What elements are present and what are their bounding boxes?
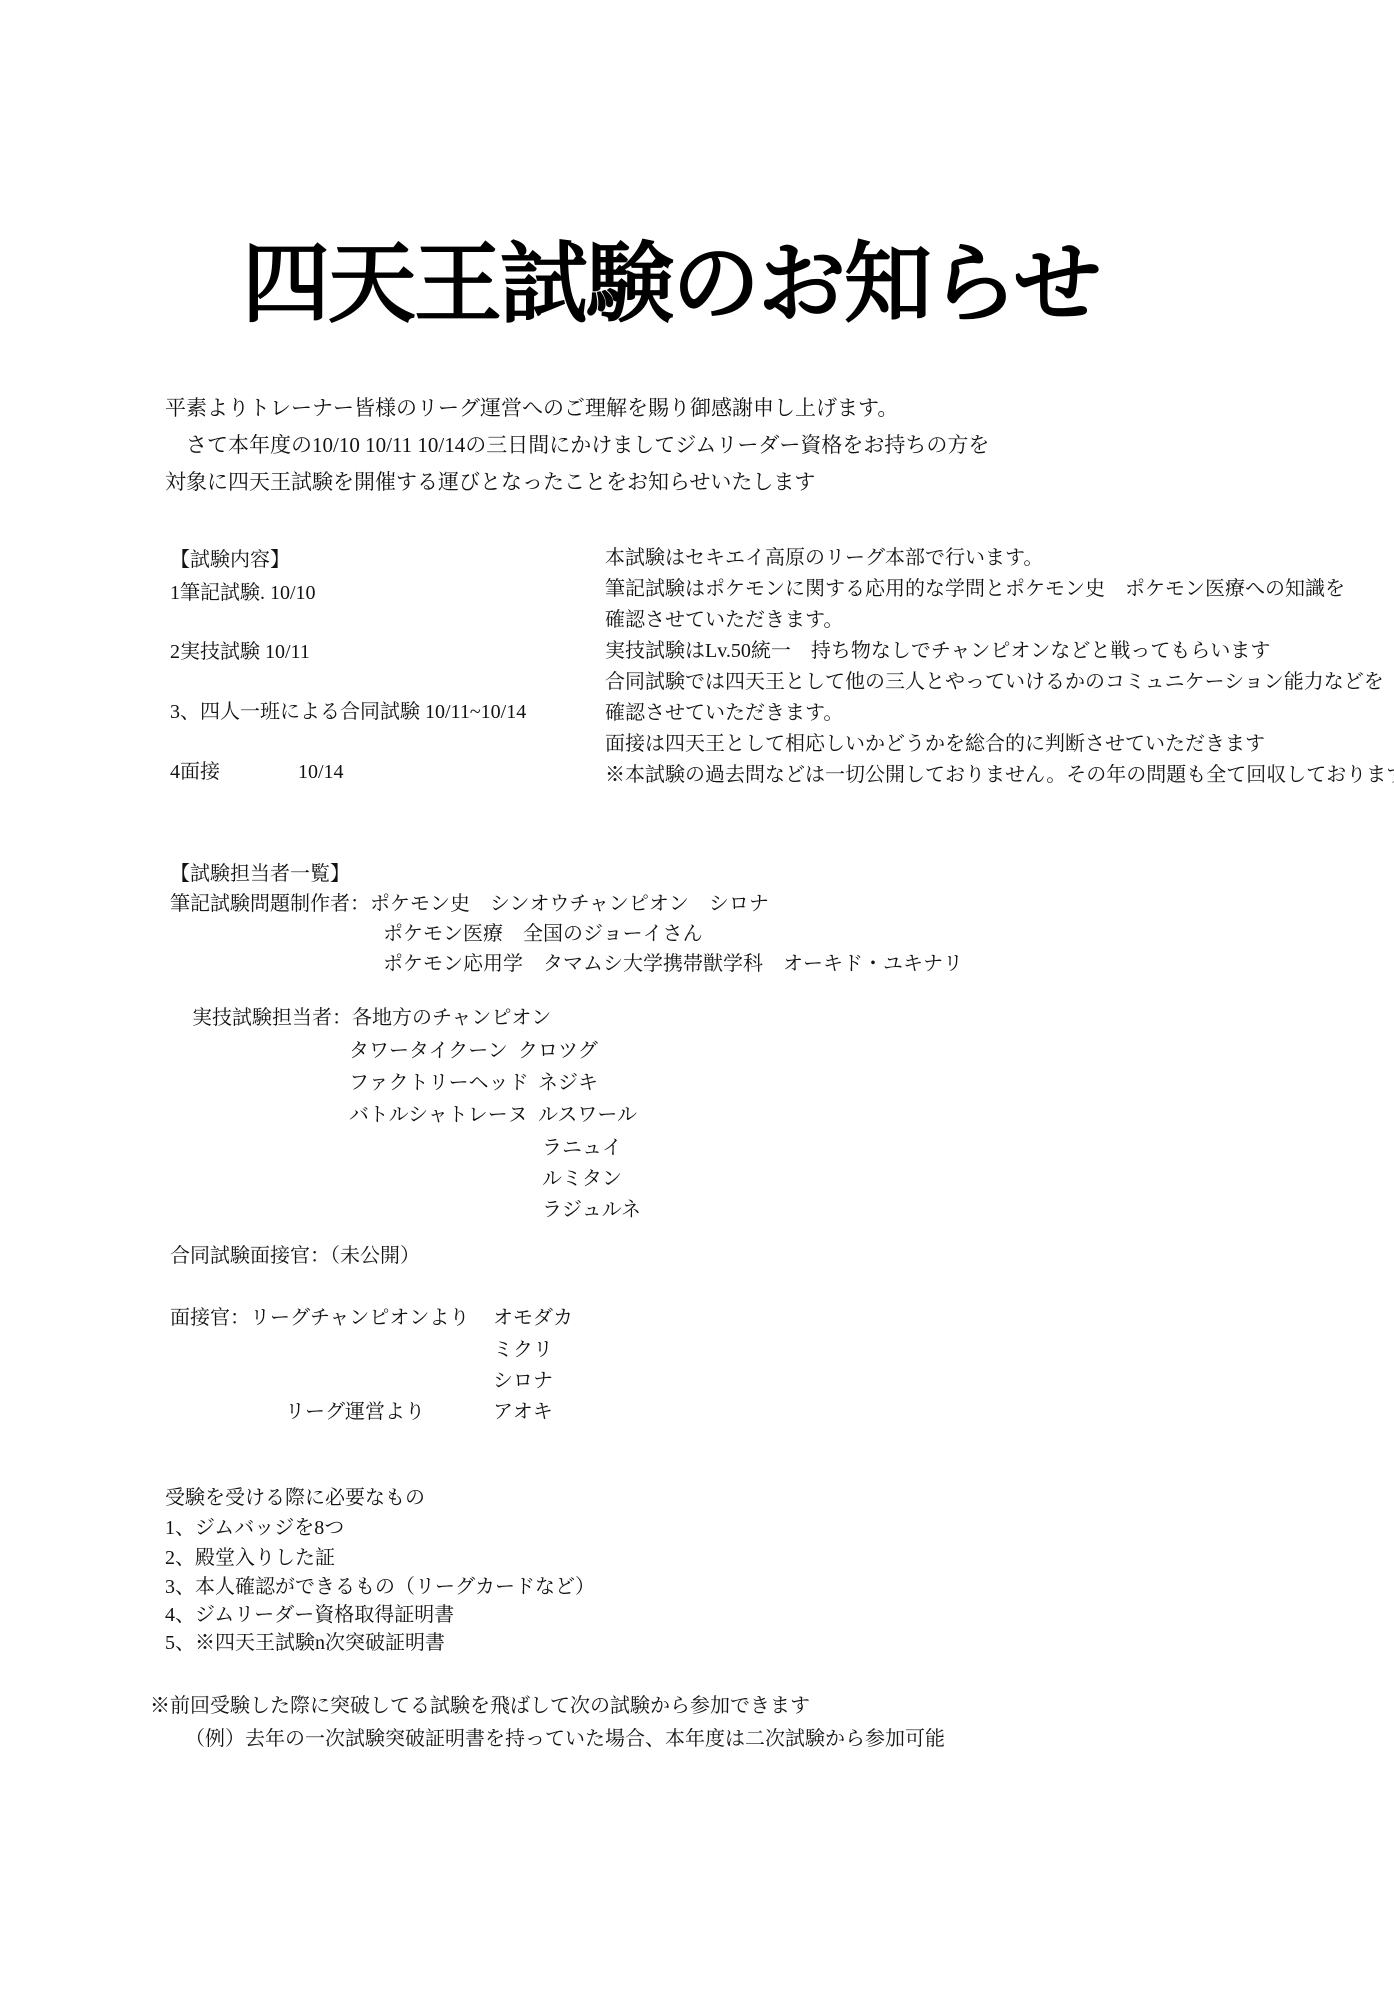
- exam-detail-line: 実技試験はLv.50統一 持ち物なしでチャンピオンなどと戦ってもらいます: [605, 639, 1270, 663]
- practical-examiner-title: ファクトリーヘッド: [349, 1071, 529, 1095]
- exam-detail-line: ※本試験の過去問などは一切公開しておりません。その年の問題も全て回収しております: [605, 763, 1394, 787]
- practical-examiner-title: バトルシャトレーヌ: [349, 1103, 528, 1127]
- interviewer-name: アオキ: [493, 1400, 553, 1424]
- requirement-item: 2、殿堂入りした証: [165, 1546, 335, 1570]
- schedule-item-label: 4面接: [170, 760, 220, 784]
- interviewer-name: ミクリ: [493, 1338, 553, 1362]
- joint-exam-line: 合同試験面接官：（未公開）: [170, 1244, 420, 1268]
- practical-examiner-name: ラジュルネ: [542, 1198, 641, 1222]
- requirement-item: 4、ジムリーダー資格取得証明書: [165, 1603, 454, 1627]
- exam-detail-line: 合同試験では四天王として他の三人とやっていけるかのコミュニケーション能力などを: [605, 670, 1384, 694]
- practical-examiner-name: ラニュイ: [542, 1136, 622, 1160]
- written-exam-authors: 筆記試験問題制作者：ポケモン史 シンオウチャンピオン シロナ: [170, 892, 769, 916]
- requirements-heading: 受験を受ける際に必要なもの: [165, 1486, 425, 1510]
- exam-detail-line: 筆記試験はポケモンに関する応用的な学問とポケモン史 ポケモン医療への知識を: [605, 577, 1345, 601]
- page-title: 四天王試験のお知らせ: [242, 238, 1099, 330]
- footnote: （例）去年の一次試験突破証明書を持っていた場合、本年度は二次試験から参加可能: [185, 1727, 945, 1751]
- practical-exam-label: 実技試験担当者：各地方のチャンピオン: [192, 1006, 551, 1030]
- interviewer-name: シロナ: [493, 1369, 553, 1393]
- practical-examiner-name: ネジキ: [538, 1071, 598, 1095]
- intro-line: 平素よりトレーナー皆様のリーグ運営へのご理解を賜り御感謝申し上げます。: [165, 396, 898, 421]
- exam-detail-line: 面接は四天王として相応しいかどうかを総合的に判断させていただきます: [605, 732, 1265, 756]
- schedule-item: 3、四人一班による合同試験 10/11~10/14: [170, 700, 526, 724]
- written-exam-authors: ポケモン応用学 タマムシ大学携帯獣学科 オーキド・ユキナリ: [383, 952, 963, 976]
- exam-detail-line: 本試験はセキエイ高原のリーグ本部で行います。: [605, 546, 1043, 570]
- practical-examiner-title: タワータイクーン: [349, 1039, 508, 1063]
- intro-line: さて本年度の10/10 10/11 10/14の三日間にかけましてジムリーダー資…: [165, 433, 989, 458]
- staff-heading: 【試験担当者一覧】: [170, 862, 350, 886]
- requirement-item: 5、※四天王試験n次突破証明書: [165, 1631, 445, 1655]
- schedule-item: 2実技試験 10/11: [170, 640, 310, 664]
- practical-examiner-name: ルミタン: [542, 1167, 622, 1191]
- footnote: ※前回受験した際に突破してる試験を飛ばして次の試験から参加できます: [150, 1694, 810, 1718]
- schedule-item-date: 10/14: [298, 760, 344, 784]
- intro-line: 対象に四天王試験を開催する運びとなったことをお知らせいたします: [165, 470, 815, 495]
- exam-detail-line: 確認させていただきます。: [605, 608, 843, 632]
- interviewer-name: オモダカ: [493, 1306, 573, 1330]
- practical-examiner-name: ルスワール: [538, 1103, 637, 1127]
- written-exam-authors: ポケモン医療 全国のジョーイさん: [383, 922, 703, 946]
- practical-examiner-name: クロツグ: [518, 1039, 598, 1063]
- exam-content-heading: 【試験内容】: [170, 548, 290, 572]
- interview-label: 面接官：リーグチャンピオンより: [170, 1306, 469, 1330]
- requirement-item: 3、本人確認ができるもの（リーグカードなど）: [165, 1575, 595, 1599]
- exam-detail-line: 確認させていただきます。: [605, 701, 843, 725]
- notice-document: 四天王試験のお知らせ 平素よりトレーナー皆様のリーグ運営へのご理解を賜り御感謝申…: [0, 0, 1394, 2000]
- interview-league-label: リーグ運営より: [285, 1400, 425, 1424]
- schedule-item: 1筆記試験. 10/10: [170, 581, 316, 605]
- requirement-item: 1、ジムバッジを8つ: [165, 1516, 344, 1540]
